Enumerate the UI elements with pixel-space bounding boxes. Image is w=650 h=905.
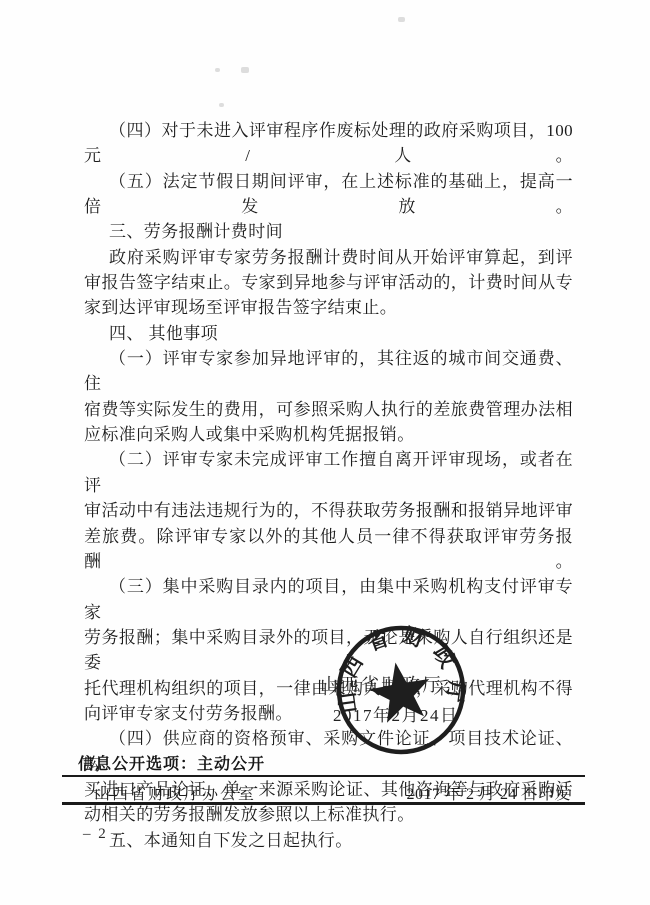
page-number: – 2 – — [83, 826, 123, 843]
body-line: 四、 其他事项 — [84, 321, 573, 346]
body-line: （二）评审专家未完成评审工作擅自离开评审现场，或者在评 — [84, 447, 573, 498]
body-line: 动相关的劳务报酬发放参照以上标准执行。 — [84, 802, 573, 827]
footer-divider-top — [62, 775, 585, 777]
footer-divider-bottom — [62, 802, 585, 805]
body-line: 审报告签字结束止。专家到异地参与评审活动的，计费时间从专 — [84, 270, 573, 295]
document-page: （四）对于未进入评审程序作废标处理的政府采购项目，100 元/人。（五）法定节假… — [0, 0, 650, 905]
body-line: （四）对于未进入评审程序作废标处理的政府采购项目，100 元/人。 — [84, 118, 573, 169]
seal-graphic: 山西省财政厅 — [327, 617, 473, 763]
scan-speck — [241, 67, 249, 73]
scan-speck — [398, 17, 405, 22]
body-line: 宿费等实际发生的费用，可参照采购人执行的差旅费管理办法相 — [84, 397, 573, 422]
body-line: 政府采购评审专家劳务报酬计费时间从开始评审算起，到评 — [84, 245, 573, 270]
print-date: 2017 年 2 月 24 日印发 — [406, 781, 585, 804]
body-line: 五、本通知自下发之日起执行。 — [84, 828, 573, 853]
body-line: （一）评审专家参加异地评审的，其往返的城市间交通费、住 — [84, 346, 573, 397]
body-line: 三、劳务报酬计费时间 — [84, 219, 573, 244]
body-line: 审活动中有违法违规行为的，不得获取劳务报酬和报销异地评审 — [84, 498, 573, 523]
body-line: （五）法定节假日期间评审，在上述标准的基础上，提高一倍发放。 — [84, 169, 573, 220]
scan-speck — [219, 103, 224, 107]
disclosure-option-label: 信息公开选项：主动公开 — [78, 751, 265, 774]
issuing-office: 山西省财政厅办公室 — [62, 781, 256, 804]
body-line: 差旅费。除评审专家以外的其他人员一律不得获取评审劳务报酬。 — [84, 524, 573, 575]
body-line: 应标准向采购人或集中采购机构凭据报销。 — [84, 422, 573, 447]
official-seal: 山西省财政厅 — [327, 617, 473, 763]
star-icon — [366, 657, 436, 725]
footer-office-row: 山西省财政厅办公室 2017 年 2 月 24 日印发 — [62, 782, 585, 802]
scan-speck — [215, 68, 220, 72]
body-line: 家到达评审现场至评审报告签字结束止。 — [84, 295, 573, 320]
